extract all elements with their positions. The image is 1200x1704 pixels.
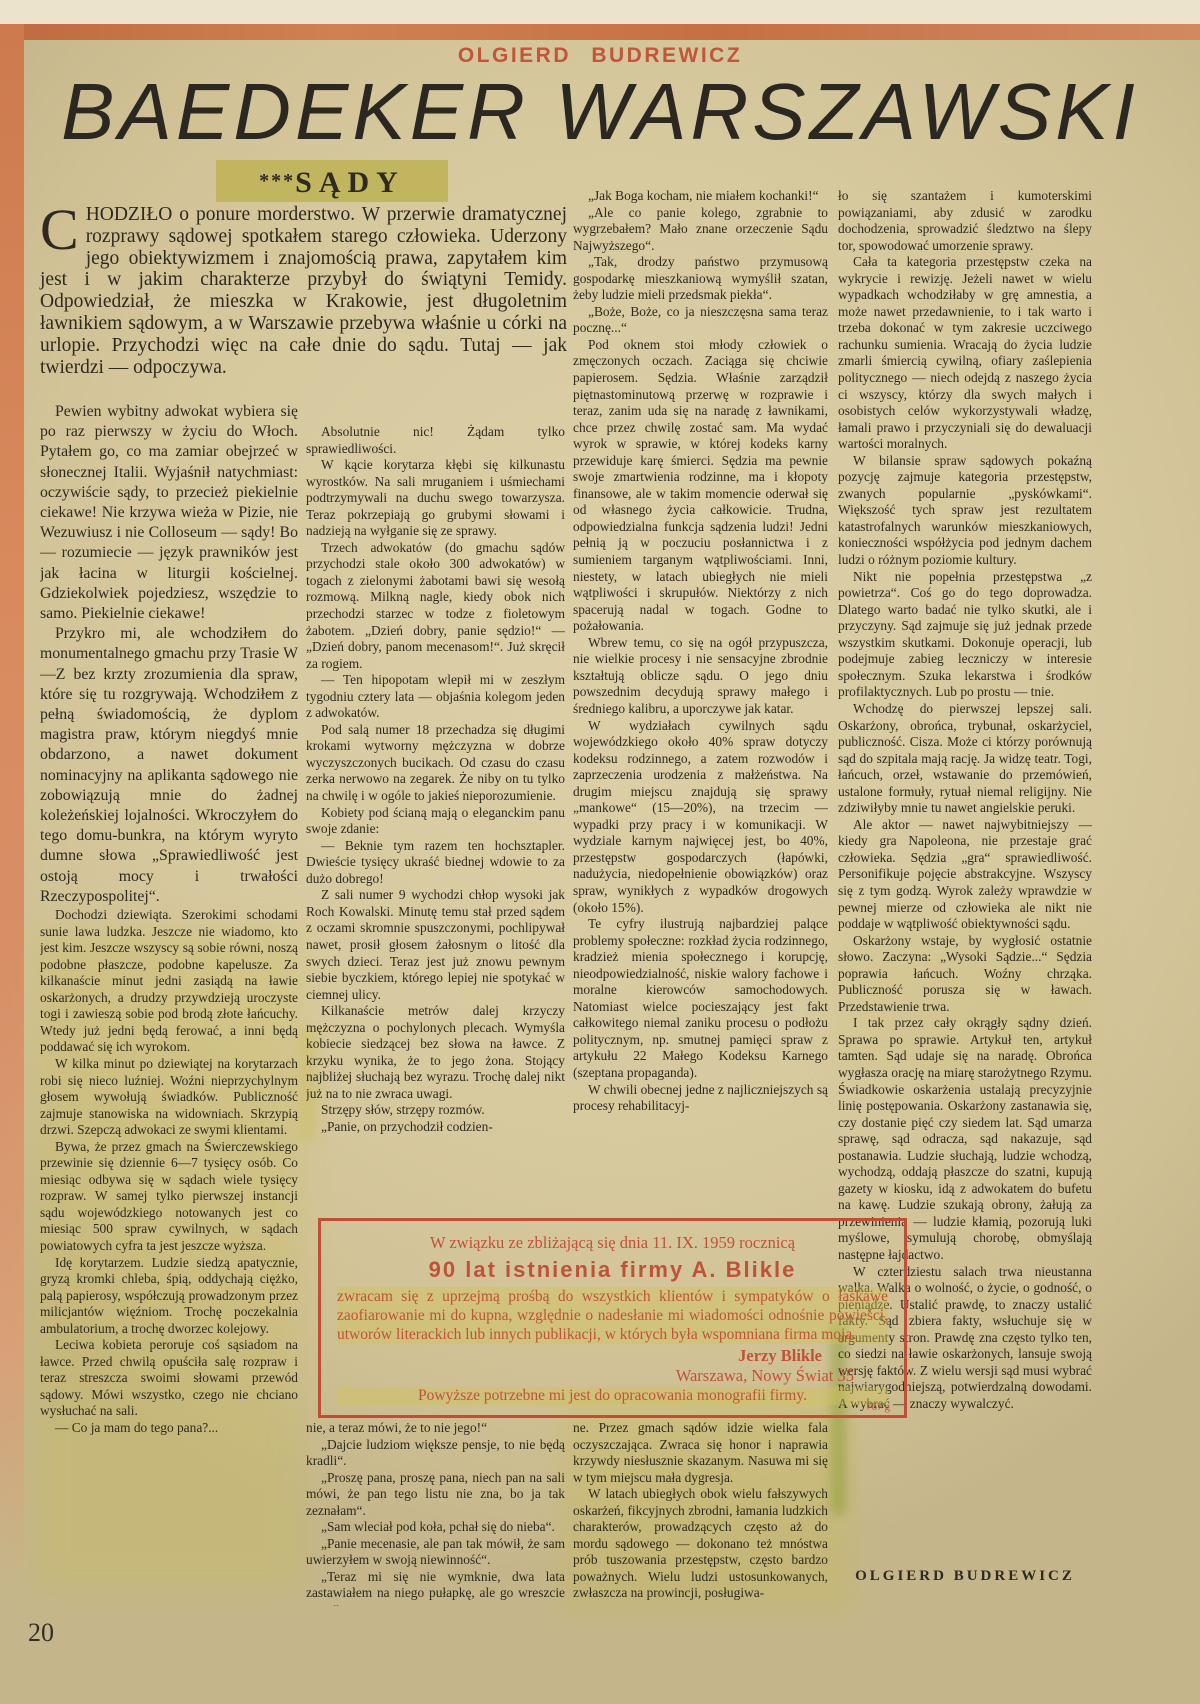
paragraph: „Boże, Boże, co ja nieszczęsna sama tera… bbox=[573, 304, 828, 337]
paragraph: ło się szantażem i kumoterskimi powiązan… bbox=[838, 188, 1092, 254]
paragraph: Leciwa kobieta peroruje coś sąsiadom na … bbox=[40, 1337, 298, 1420]
paragraph: Cała ta kategoria przestępstw czeka na w… bbox=[838, 254, 1092, 453]
paragraph: Kilkanaście metrów dalej krzyczy mężczyz… bbox=[306, 1003, 565, 1102]
paragraph: „Panie, on przychodził codzien- bbox=[306, 1119, 565, 1136]
ad-reference-code: 767'g bbox=[866, 1401, 890, 1413]
paragraph: W kilka minut po dziewiątej na korytarza… bbox=[40, 1056, 298, 1139]
paragraph: „Jak Boga kocham, nie miałem kochanki!“ bbox=[573, 188, 828, 205]
ad-signer-address: Warszawa, Nowy Świat 35 bbox=[337, 1366, 888, 1386]
column-1: Pewien wybitny adwokat wybiera się po ra… bbox=[40, 402, 298, 1598]
paragraph: Idę korytarzem. Ludzie siedzą apatycznie… bbox=[40, 1255, 298, 1338]
paragraph: — Co ja mam do tego pana?... bbox=[40, 1420, 298, 1437]
ad-headline: 90 lat istnienia firmy A. Blikle bbox=[337, 1257, 888, 1283]
page-edge-band-left bbox=[0, 24, 24, 1584]
section-label: SĄDY bbox=[295, 166, 405, 199]
paragraph: Wbrew temu, co się na ogół przypuszcza, … bbox=[573, 635, 828, 718]
paragraph: Ale aktor — nawet najwybitniejszy — kied… bbox=[838, 817, 1092, 933]
paragraph: Trzech adwokatów (do gmachu sądów przych… bbox=[306, 540, 565, 672]
paragraph: Nikt nie popełnia przestępstwa „z powiet… bbox=[838, 569, 1092, 701]
article-author: OLGIERD BUDREWICZ bbox=[0, 44, 1200, 68]
paragraph: Pod salą numer 18 przechadza się długimi… bbox=[306, 722, 565, 805]
ad-intro-line: W związku ze zbliżającą się dnia 11. IX.… bbox=[337, 1233, 888, 1253]
paragraph: W chwili obecnej jedne z najliczniejszyc… bbox=[573, 1082, 828, 1115]
paragraph: Wchodzę do pierwszej lepszej sali. Oskar… bbox=[838, 701, 1092, 817]
intro-paragraph: CHODZIŁO o ponure morderstwo. W przerwie… bbox=[40, 204, 567, 378]
paragraph: Pewien wybitny adwokat wybiera się po ra… bbox=[40, 402, 298, 624]
author-signature: OLGIERD BUDREWICZ bbox=[838, 1568, 1092, 1585]
paragraph: — Beknie tym razem ten hochsztapler. Dwi… bbox=[306, 838, 565, 888]
ad-note: Powyższe potrzebne mi jest do opracowani… bbox=[337, 1387, 888, 1405]
column-3: „Jak Boga kocham, nie miałem kochanki!“„… bbox=[573, 188, 828, 1214]
paragraph: Dochodzi dziewiąta. Szerokimi schodami s… bbox=[40, 907, 298, 1056]
paragraph: W bilansie spraw sądowych pokaźną pozycj… bbox=[838, 453, 1092, 569]
page-top-edge bbox=[0, 0, 1200, 24]
blikle-advertisement: W związku ze zbliżającą się dnia 11. IX.… bbox=[318, 1218, 907, 1418]
paragraph: W kącie korytarza kłębi się kilkunastu w… bbox=[306, 457, 565, 540]
column-2-below-ad: nie, a teraz mówi, że to nie jego!“„Dajc… bbox=[306, 1420, 565, 1606]
column-1-lead: Pewien wybitny adwokat wybiera się po ra… bbox=[40, 402, 298, 907]
paragraph: Pod oknem stoi młody człowiek o zmęczony… bbox=[573, 337, 828, 635]
paragraph: „Sam wleciał pod koła, pchał się do nieb… bbox=[306, 1519, 565, 1536]
column-1-body: Dochodzi dziewiąta. Szerokimi schodami s… bbox=[40, 907, 298, 1437]
paragraph: „Teraz mi się nie wymknie, dwa lata zast… bbox=[306, 1569, 565, 1606]
paragraph: Strzępy słów, strzępy rozmów. bbox=[306, 1102, 565, 1119]
paragraph: „Dajcie ludziom większe pensje, to nie b… bbox=[306, 1437, 565, 1470]
column-3-below-ad: ne. Przez gmach sądów idzie wielka fala … bbox=[573, 1420, 828, 1612]
paragraph: Z sali numer 9 wychodzi chłop wysoki jak… bbox=[306, 887, 565, 1003]
paragraph: „Panie mecenasie, ale pan tak mówił, że … bbox=[306, 1536, 565, 1569]
paragraph: W latach ubiegłych obok wielu fałszywych… bbox=[573, 1486, 828, 1602]
paragraph: Absolutnie nic! Żądam tylko sprawiedliwo… bbox=[306, 424, 565, 457]
paragraph: W wydziałach cywilnych sądu wojewódzkieg… bbox=[573, 718, 828, 917]
paragraph: — Ten hipopotam wlepił mi w zeszłym tygo… bbox=[306, 672, 565, 722]
paragraph: „Proszę pana, proszę pana, niech pan na … bbox=[306, 1470, 565, 1520]
section-stars: *** bbox=[259, 170, 295, 192]
ad-signer-name: Jerzy Blikle bbox=[337, 1346, 888, 1366]
article-title: BAEDEKER WARSZAWSKI bbox=[0, 66, 1200, 158]
paragraph: Oskarżony wstaje, by wygłosić ostatnie s… bbox=[838, 933, 1092, 1016]
column-2: Absolutnie nic! Żądam tylko sprawiedliwo… bbox=[306, 424, 565, 1214]
magazine-page: OLGIERD BUDREWICZ BAEDEKER WARSZAWSKI **… bbox=[0, 0, 1200, 1704]
paragraph: nie, a teraz mówi, że to nie jego!“ bbox=[306, 1420, 565, 1437]
paragraph: Kobiety pod ścianą mają o eleganckim pan… bbox=[306, 805, 565, 838]
page-number: 20 bbox=[28, 1618, 54, 1648]
paragraph: Przykro mi, ale wchodziłem do monumental… bbox=[40, 624, 298, 907]
paragraph: Te cyfry ilustrują najbardziej palące pr… bbox=[573, 916, 828, 1081]
paragraph: ne. Przez gmach sądów idzie wielka fala … bbox=[573, 1420, 828, 1486]
ad-body-text: zwracam się z uprzejmą prośbą do wszystk… bbox=[337, 1287, 888, 1344]
paragraph: „Ale co panie kolego, zgrabnie to wygrze… bbox=[573, 205, 828, 255]
page-edge-band-top bbox=[0, 24, 1200, 40]
section-heading: ***SĄDY bbox=[216, 160, 448, 202]
paragraph: „Tak, drodzy państwo przymusową gospodar… bbox=[573, 254, 828, 304]
paragraph: Bywa, że przez gmach na Świerczewskiego … bbox=[40, 1139, 298, 1255]
